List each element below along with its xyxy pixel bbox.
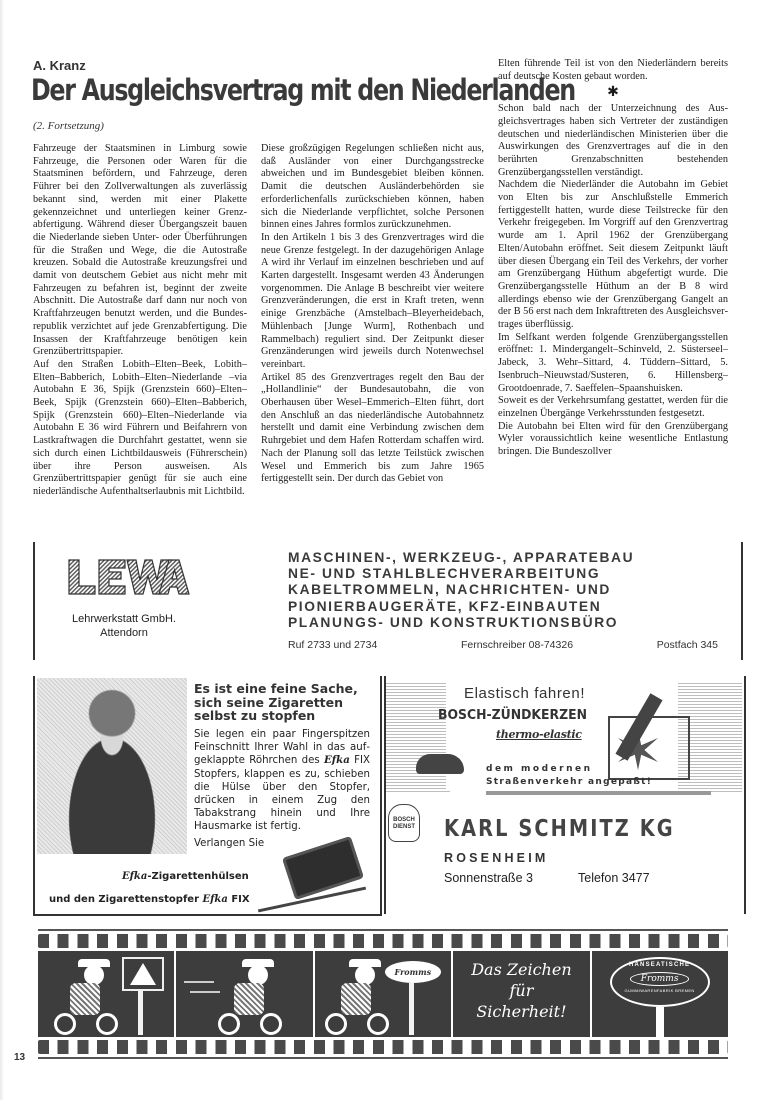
efka-product-name: -Zigarettenhülsen	[147, 871, 248, 882]
woman-photo	[37, 678, 187, 854]
lewa-services: MASCHINEN-, WERKZEUG-, APPARATEBAU NE- U…	[288, 550, 634, 631]
article-subtitle: (2. Fortsetzung)	[33, 120, 104, 132]
paragraph: Im Selfkant werden folgende Grenzübergan…	[498, 332, 728, 396]
warning-triangle-sign-icon	[122, 957, 164, 991]
sign-post	[138, 991, 143, 1035]
article-title: Der Ausgleichsvertrag mit den Niederland…	[31, 73, 575, 107]
page-binding-edge	[0, 0, 4, 1100]
divider	[486, 791, 711, 795]
lewa-service-line: NE- UND STAHLBLECHVERARBEITUNG	[288, 566, 634, 582]
efka-product-1: Efka-Zigarettenhülsen	[122, 871, 249, 882]
article-author: A. Kranz	[33, 58, 86, 73]
efka-brand-logo: Efka	[122, 871, 147, 882]
article-column-3: Elten führende Teil ist von den Niederlä…	[498, 58, 728, 459]
car-icon	[416, 754, 464, 774]
logo-top-text: HANSEATISCHE	[612, 962, 708, 968]
bosch-tagline-2: Straßenverkehr angepaßt!	[486, 777, 652, 787]
speed-line	[184, 981, 214, 983]
hanseatische-fromms-logo: HANSEATISCHE Fromms GUMMIWARENFABRIK BRE…	[610, 957, 710, 1007]
lewa-advertisement: Lehrwerkstatt GmbH. Attendorn MASCHINEN-…	[33, 542, 743, 660]
lewa-company-block: Lehrwerkstatt GmbH. Attendorn	[49, 612, 199, 640]
badge-line: DIENST	[389, 824, 419, 831]
lewa-telex: Fernschreiber 08-74326	[461, 639, 573, 651]
efka-body-part: FIX Stopfers, klappen es zu, schieben di…	[194, 755, 370, 832]
paragraph: Nachdem die Niederländer die Autobahn im…	[498, 179, 728, 331]
paragraph: Schon bald nach der Unterzeichnung des A…	[498, 103, 728, 179]
cyclist-icon	[323, 955, 393, 1035]
paragraph: Elten führende Teil ist von den Niederlä…	[498, 58, 728, 83]
lewa-service-line: PLANUNGS- UND KONSTRUKTIONSBÜRO	[288, 615, 634, 631]
cyclist-icon	[52, 955, 122, 1035]
lewa-contact-row: Ruf 2733 und 2734 Fernschreiber 08-74326…	[288, 639, 718, 651]
sign-post	[656, 1007, 664, 1037]
paragraph: Artikel 85 des Grenzvertrages regelt den…	[261, 372, 484, 486]
dealer-address: Sonnenstraße 3	[444, 871, 533, 885]
film-frames: Fromms Das Zeichen für Sicherheit! HANSE…	[38, 951, 728, 1037]
efka-body-text: Sie legen ein paar Fingerspitzen Feinsch…	[194, 728, 370, 834]
efka-advertisement: Es ist eine feine Sache, sich seine Ziga…	[33, 676, 382, 916]
dealer-name: KARL SCHMITZ KG	[444, 816, 675, 842]
lewa-phone: Ruf 2733 und 2734	[288, 639, 377, 651]
lewa-company-name: Lehrwerkstatt GmbH.	[49, 612, 199, 626]
logo-bottom-text: GUMMIWARENFABRIK BREMEN	[612, 988, 708, 993]
efka-product-name: und den Zigarettenstopfer	[49, 894, 203, 905]
slogan-line: Sicherheit!	[453, 1001, 589, 1022]
dealer-city: ROSENHEIM	[444, 851, 549, 865]
paragraph: Auf den Straßen Lobith–Elten–Beek, Lobit…	[33, 359, 247, 499]
lewa-service-line: KABELTROMMELN, NACHRICHTEN- UND	[288, 582, 634, 598]
bosch-dienst-badge-icon: BOSCH DIENST	[388, 804, 420, 842]
sign-post	[409, 983, 414, 1035]
lewa-city: Attendorn	[49, 626, 199, 640]
efka-brand-logo: Efka	[203, 894, 228, 905]
paragraph: Die Autobahn bei Elten wird für den Gren…	[498, 421, 728, 459]
bosch-advertisement: Elastisch fahren! BOSCH-ZÜNDKERZEN therm…	[384, 676, 746, 914]
dealer-phone: Telefon 3477	[578, 871, 650, 885]
film-frame-3: Fromms	[315, 951, 451, 1037]
slogan-line: Das Zeichen	[453, 959, 589, 980]
paragraph: Diese großzügigen Regelungen schließen n…	[261, 143, 484, 232]
page-number: 13	[14, 1052, 25, 1063]
paragraph: Soweit es der Verkehrsumfang gestattet, …	[498, 395, 728, 420]
efka-request: Verlangen Sie	[194, 838, 264, 849]
bosch-slogan: Elastisch fahren!	[464, 685, 585, 702]
paragraph: Fahrzeuge der Staatsminen in Limburg sow…	[33, 143, 247, 359]
slogan-line: für	[453, 980, 589, 1001]
logo-brand: Fromms	[630, 972, 690, 986]
film-perforation-top	[38, 934, 728, 948]
efka-product-2: und den Zigarettenstopfer Efka FIX	[49, 894, 250, 905]
fromms-slogan: Das Zeichen für Sicherheit!	[453, 959, 589, 1022]
film-frame-2	[176, 951, 312, 1037]
lewa-logo-icon	[65, 556, 191, 598]
asterisk-separator-icon: ✱	[498, 87, 728, 100]
bosch-subbrand: thermo-elastic	[496, 728, 582, 741]
efka-brand-logo: Efka	[324, 754, 350, 766]
cyclist-icon	[216, 955, 286, 1035]
article-column-2: Diese großzügigen Regelungen schließen n…	[261, 143, 484, 486]
article-column-1: Fahrzeuge der Staatsminen in Limburg sow…	[33, 143, 247, 499]
efka-product-suffix: FIX	[228, 894, 250, 905]
film-frame-5: HANSEATISCHE Fromms GUMMIWARENFABRIK BRE…	[592, 951, 728, 1037]
lewa-service-line: PIONIERBAUGERÄTE, KFZ-EINBAUTEN	[288, 599, 634, 615]
film-perforation-bottom	[38, 1040, 728, 1054]
lewa-service-line: MASCHINEN-, WERKZEUG-, APPARATEBAU	[288, 550, 634, 566]
efka-headline: Es ist eine feine Sache, sich seine Ziga…	[194, 682, 374, 723]
lewa-pobox: Postfach 345	[657, 639, 718, 651]
bosch-title: BOSCH-ZÜNDKERZEN	[438, 707, 587, 723]
fromms-filmstrip-advertisement: Fromms Das Zeichen für Sicherheit! HANSE…	[38, 929, 728, 1059]
film-frame-4: Das Zeichen für Sicherheit!	[453, 951, 589, 1037]
film-frame-1	[38, 951, 174, 1037]
badge-line: BOSCH	[389, 817, 419, 824]
fromms-sign: Fromms	[385, 961, 441, 983]
paragraph: In den Artikeln 1 bis 3 des Grenzvertrag…	[261, 232, 484, 372]
bosch-tagline-1: dem modernen	[486, 764, 593, 774]
